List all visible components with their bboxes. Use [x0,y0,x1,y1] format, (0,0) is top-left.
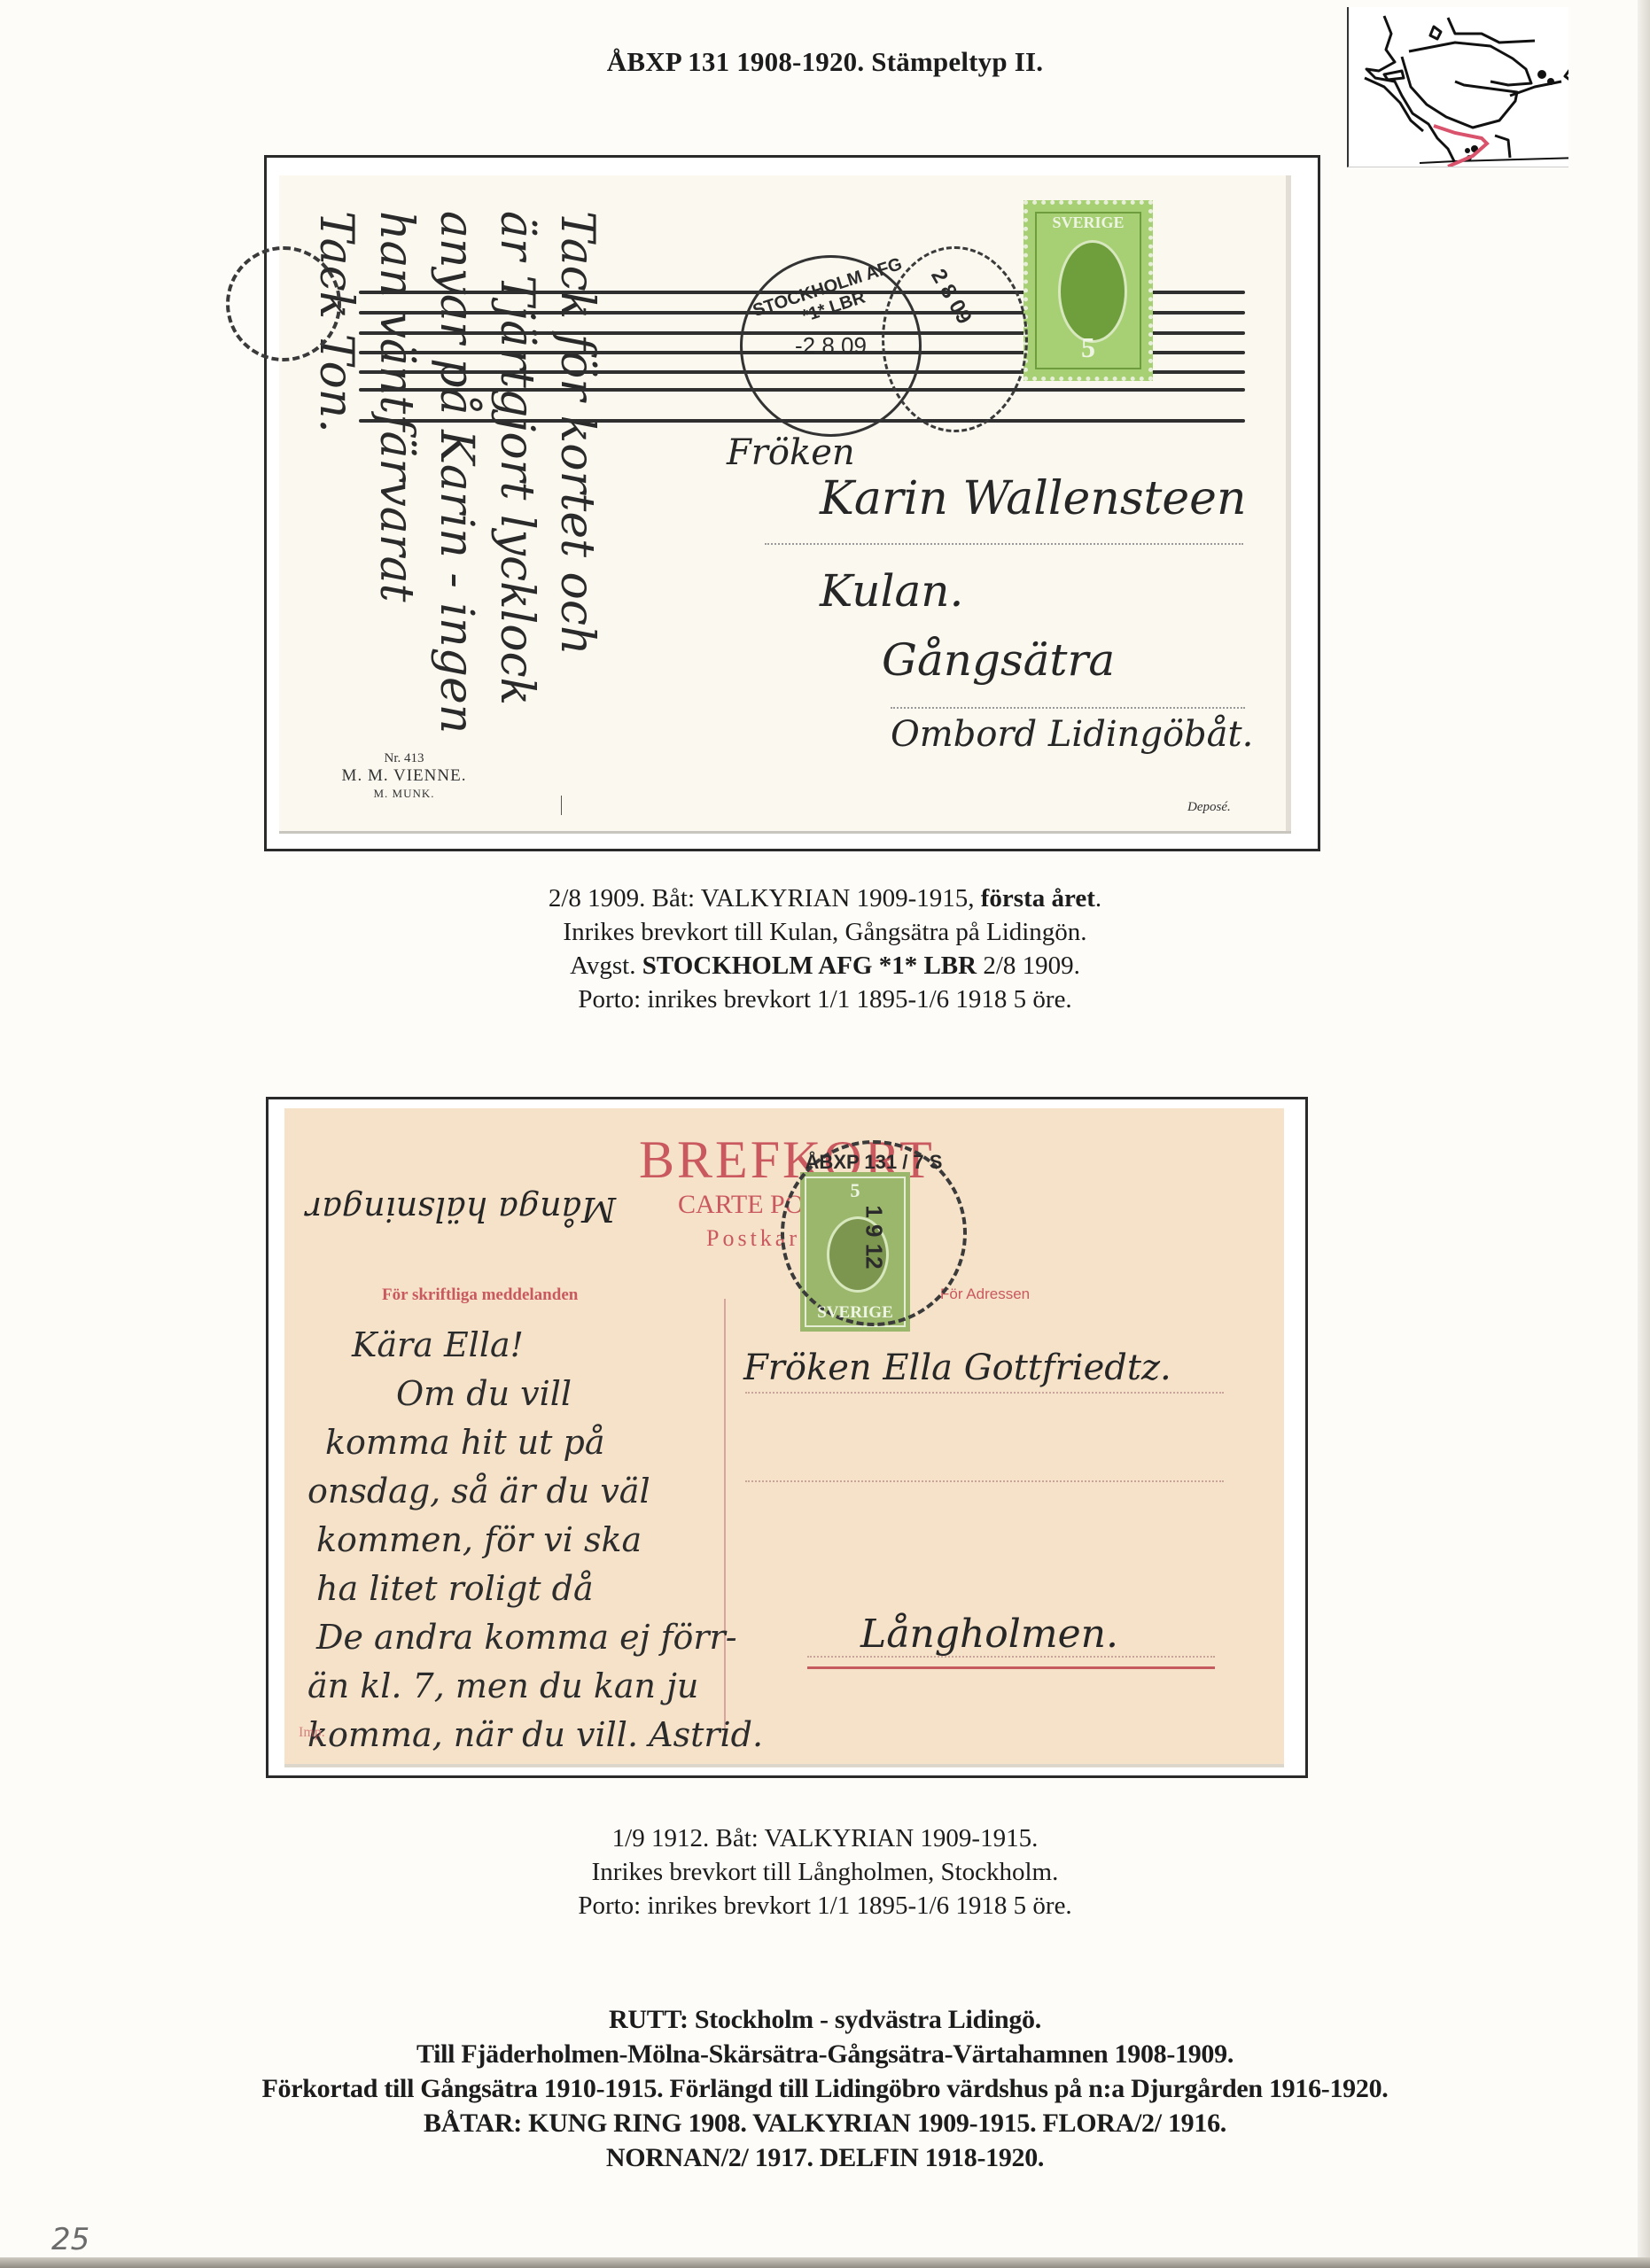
message-line: Om du vill [307,1370,763,1418]
address-line [745,1392,1224,1394]
address-line [891,707,1245,709]
stamp-country: SVERIGE [817,1303,893,1323]
route-line: Till Fjäderholmen-Mölna-Skärsätra-Gångsä… [0,2037,1650,2071]
postcard-1: Tack för kortet och är Tjärtgjort lycklo… [279,175,1291,831]
address-city: Gångsätra [882,634,1115,686]
message-line: kommen, för vi ska [307,1516,763,1565]
page-edge [1638,0,1650,2268]
message-line: De andra komma ej förr- [307,1613,763,1662]
route-line: RUTT: Stockholm - sydvästra Lidingö. [0,2002,1650,2037]
caption-line: 1/9 1912. Båt: VALKYRIAN 1909-1915. [0,1821,1650,1855]
address-city: Långholmen. [860,1612,1118,1657]
postmark-ship: ÅBXP 131 / 7 S 1 9 12 [781,1140,967,1326]
stamp-oscar-ii-5-ore: SVERIGE 5 [1023,200,1153,381]
publisher-number: Nr. 413 [338,750,471,767]
card1-message-line: Tack för kortet och [547,211,607,734]
address-line [745,1480,1224,1482]
publisher-imprint: Nr. 413 M. M. VIENNE. M. MUNK. [338,750,471,803]
address-name: Karin Wallensteen [820,472,1246,525]
postcard-2: BREFKORT CARTE POSTALE Postkarte Många h… [284,1108,1284,1764]
imprint: Imp. [299,1725,325,1741]
route-map [1347,7,1568,167]
postcard-2-mount: BREFKORT CARTE POSTALE Postkarte Många h… [266,1097,1308,1778]
right-label: För Adressen [940,1285,1030,1303]
message-line: komma hit ut på [307,1418,763,1467]
ship-postmark-date: 2 8 09 [911,241,990,353]
card1-caption: 2/8 1909. Båt: VALKYRIAN 1909-1915, förs… [0,882,1650,1016]
address-line [807,1656,1215,1658]
postmark-ship: 2 8 09 [882,246,1028,432]
address-place: Kulan. [820,565,963,617]
page-number: 25 [51,2222,90,2257]
card1-message-line: anyar på Karin - ingen [426,211,486,734]
message-line: ha litet roligt då [307,1565,763,1613]
address-routing: Ombord Lidingöbåt. [891,714,1253,755]
route-description: RUTT: Stockholm - sydvästra Lidingö. Til… [0,2002,1650,2175]
message-line: än kl. 7, men du kan ju [307,1662,763,1711]
address-salutation: Fröken [727,432,855,473]
stamp-value: 5 [851,1179,860,1202]
route-line: Förkortad till Gångsätra 1910-1915. Förl… [0,2071,1650,2106]
card1-message-line: är Tjärtgjort lycklock [486,211,547,734]
caption-line: Inrikes brevkort till Kulan, Gångsätra p… [0,915,1650,949]
message-line: Kära Ella! [307,1321,763,1370]
left-label: För skriftliga meddelanden [382,1285,578,1305]
message-line: komma, när du vill. Astrid. [307,1711,763,1759]
route-line: BÅTAR: KUNG RING 1908. VALKYRIAN 1909-19… [0,2106,1650,2140]
caption-line: Porto: inrikes brevkort 1/1 1895-1/6 191… [0,983,1650,1016]
address-name: Fröken Ella Gottfriedtz. [743,1348,1171,1388]
address-line [765,543,1243,545]
route-line: NORNAN/2/ 1917. DELFIN 1918-1920. [0,2140,1650,2175]
card2-message: Kära Ella! Om du vill komma hit ut på on… [307,1321,763,1759]
page-edge-bottom [0,2257,1650,2268]
divider-mark [561,796,562,815]
card1-message-line: han väntfärvarat [366,211,426,734]
depose-text: Deposé. [1187,800,1231,815]
caption-line: Inrikes brevkort till Långholmen, Stockh… [0,1855,1650,1889]
card1-message: Tack för kortet och är Tjärtgjort lycklo… [332,211,625,778]
route-map-icon [1349,7,1568,167]
message-line: onsdag, så är du väl [307,1467,763,1516]
stamp-country: SVERIGE [1052,214,1124,232]
postmark-date: 1 9 12 [860,1148,888,1327]
address-underline [807,1666,1215,1669]
postcard-1-mount: Tack för kortet och är Tjärtgjort lycklo… [264,155,1320,851]
card2-caption: 1/9 1912. Båt: VALKYRIAN 1909-1915. Inri… [0,1821,1650,1922]
caption-line: Porto: inrikes brevkort 1/1 1895-1/6 191… [0,1889,1650,1922]
caption-line: 2/8 1909. Båt: VALKYRIAN 1909-1915, förs… [0,882,1650,915]
upside-down-note: Många hälsningar [306,1190,616,1229]
publisher-name: M. M. VIENNE. [338,767,471,785]
caption-line: Avgst. STOCKHOLM AFG *1* LBR 2/8 1909. [0,949,1650,983]
artist-name: M. MUNK. [338,785,471,803]
partial-postmark [226,246,341,361]
stamp-value: 5 [1081,331,1095,364]
